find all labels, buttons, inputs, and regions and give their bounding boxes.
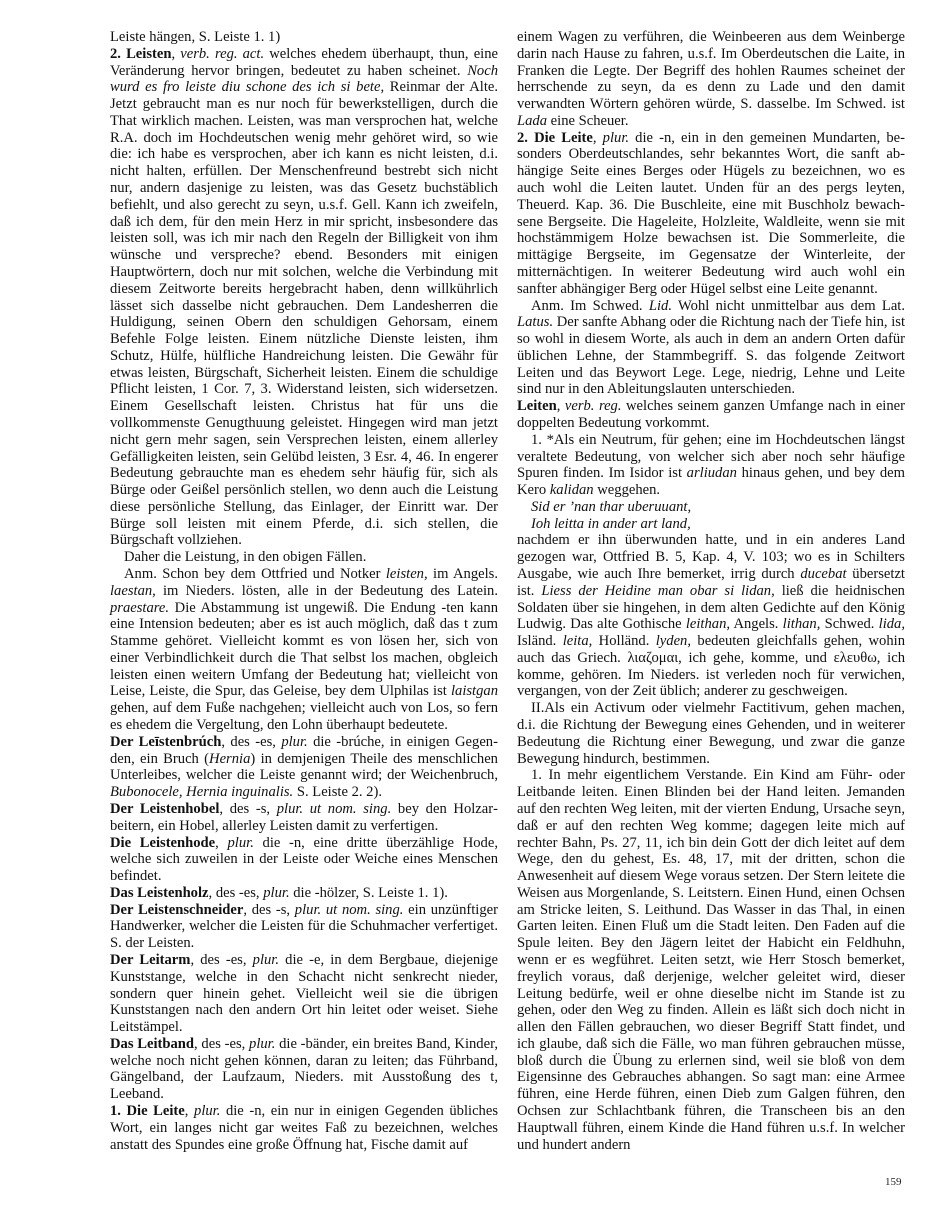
paragraph: einem Wagen zu verführen, die Weinbeeren… <box>517 29 905 130</box>
body-text: , des -es, <box>209 885 264 901</box>
body-text: , <box>185 1103 194 1119</box>
body-text: eine Scheuer. <box>547 113 628 129</box>
entry-headword: 1. Die Leite <box>110 1103 185 1119</box>
italic-text: plur. <box>253 952 279 968</box>
paragraph: Das Leitband, des -es, plur. die -bänder… <box>110 1036 498 1103</box>
paragraph: 1. *Als ein Neutrum, für gehen; eine im … <box>517 432 905 499</box>
italic-text: leita, <box>563 633 593 649</box>
body-text: Schwed. <box>820 616 878 632</box>
page-number: 159 <box>885 1176 902 1188</box>
body-text: , <box>171 46 180 62</box>
body-text: , des -es, <box>194 1036 249 1052</box>
italic-text: Latus. <box>517 314 553 330</box>
entry-headword: Die Leistenhode <box>110 835 215 851</box>
body-text: II.Als ein Activum oder vielmehr Factiti… <box>517 700 905 766</box>
verse-line: Sid er ’nan thar uberuuant, <box>517 499 905 516</box>
dictionary-page: Leiste hängen, S. Leiste 1. 1)2. Leisten… <box>0 0 935 1210</box>
italic-text: leisten, <box>386 566 428 582</box>
body-text: , <box>215 835 227 851</box>
italic-text: Lada <box>517 113 547 129</box>
body-text: , des -s, <box>219 801 276 817</box>
body-text: Anm. Im Schwed. <box>531 298 649 314</box>
entry-headword: 2. Leisten <box>110 46 171 62</box>
right-column: einem Wagen zu verführen, die Weinbeeren… <box>517 29 905 1153</box>
paragraph: Der Leistenschneider, des -s, plur. ut n… <box>110 902 498 952</box>
italic-text: plur. <box>263 885 289 901</box>
italic-text: Liess der Heidine man obar si lidan, <box>541 583 774 599</box>
paragraph: Daher die Leistung, in den obigen Fällen… <box>110 549 498 566</box>
body-text: die -hölzer, S. Leiste 1. 1). <box>290 885 448 901</box>
body-text: weggehen. <box>594 482 660 498</box>
body-text: Der sanfte Abhang oder die Richtung nach… <box>517 314 905 397</box>
italic-text: plur. ut nom. sing. <box>277 801 392 817</box>
italic-text: Hernia <box>209 751 250 767</box>
paragraph: Der Leīstenbrúch, des -es, plur. die -br… <box>110 734 498 801</box>
body-text: Angels. <box>730 616 783 632</box>
body-text: einem Wagen zu verführen, die Weinbeeren… <box>517 29 905 112</box>
body-text: im Nieders. lösten, alle in der Bedeutun… <box>156 583 498 599</box>
italic-text: verb. reg. <box>565 398 622 414</box>
paragraph: 1. Die Leite, plur. die -n, ein nur in e… <box>110 1103 498 1153</box>
paragraph: Leiste hängen, S. Leiste 1. 1) <box>110 29 498 46</box>
left-column: Leiste hängen, S. Leiste 1. 1)2. Leisten… <box>110 29 498 1153</box>
entry-headword: Der Leistenhobel <box>110 801 219 817</box>
italic-text: lithan, <box>783 616 821 632</box>
body-text: Wohl nicht unmittelbar aus dem Lat. <box>672 298 905 314</box>
italic-text: plur. ut nom. sing. <box>295 902 404 918</box>
italic-text: arliudan <box>687 465 737 481</box>
paragraph: Die Leistenhode, plur. die -n, eine drit… <box>110 835 498 885</box>
italic-text: plur. <box>227 835 253 851</box>
paragraph: Der Leitarm, des -es, plur. die -e, in d… <box>110 952 498 1036</box>
italic-text: laestan, <box>110 583 156 599</box>
italic-text: plur. <box>249 1036 275 1052</box>
paragraph: Anm. Im Schwed. Lid. Wohl nicht unmittel… <box>517 298 905 399</box>
entry-headword: Der Leitarm <box>110 952 190 968</box>
body-text: Ioh leitta in ander art land, <box>531 516 691 532</box>
body-text: S. Leiste 2. 2). <box>293 784 382 800</box>
paragraph: 2. Leisten, verb. reg. act. welches ehed… <box>110 46 498 549</box>
entry-headword: Das Leitband <box>110 1036 194 1052</box>
body-text: Reinmar der Alte. Jetzt gebraucht man es… <box>110 79 498 548</box>
entry-headword: Der Leistenschneider <box>110 902 243 918</box>
paragraph: 1. In mehr eigentlichem Verstande. Ein K… <box>517 767 905 1153</box>
italic-text: Bubonocele, Hernia inguinalis. <box>110 784 293 800</box>
body-text: Daher die Leistung, in den obigen Fällen… <box>124 549 366 565</box>
paragraph: Anm. Schon bey dem Ottfried und Notker l… <box>110 566 498 734</box>
italic-text: plur. <box>281 734 307 750</box>
body-text: , <box>593 130 603 146</box>
italic-text: leithan, <box>686 616 730 632</box>
italic-text: ducebat <box>800 566 846 582</box>
paragraph: 2. Die Leite, plur. die -n, ein in den g… <box>517 130 905 298</box>
verse-line: Ioh leitta in ander art land, <box>517 516 905 533</box>
italic-text: praestare. <box>110 600 169 616</box>
body-text: die -n, ein in den gemeinen Mundarten, b… <box>517 130 905 297</box>
paragraph: Das Leistenholz, des -es, plur. die -höl… <box>110 885 498 902</box>
italic-text: laistgan <box>451 683 498 699</box>
body-text: Die Abstammung ist ungewiß. Die Endung -… <box>110 600 498 700</box>
italic-text: lyden, <box>656 633 691 649</box>
body-text: , des -s, <box>243 902 294 918</box>
italic-text: Lid. <box>649 298 672 314</box>
body-text: im Angels. <box>428 566 498 582</box>
body-text: Holländ. <box>592 633 655 649</box>
body-text: Isländ. <box>517 633 563 649</box>
paragraph: II.Als ein Activum oder vielmehr Factiti… <box>517 700 905 767</box>
body-text: Leiste hängen, S. Leiste 1. 1) <box>110 29 280 45</box>
italic-text: plur. <box>194 1103 220 1119</box>
entry-headword: 2. Die Leite <box>517 130 593 146</box>
body-text: , des -es, <box>190 952 252 968</box>
italic-text: plur. <box>603 130 629 146</box>
paragraph: nachdem er ihn überwunden hatte, und in … <box>517 532 905 700</box>
body-text: , <box>557 398 565 414</box>
body-text: Anm. Schon bey dem Ottfried und Notker <box>124 566 386 582</box>
entry-headword: Das Leistenholz <box>110 885 209 901</box>
italic-text: lida, <box>879 616 905 632</box>
body-text: gehen, auf dem Fuße nachgehen; vielleich… <box>110 700 498 733</box>
entry-headword: Leiten <box>517 398 557 414</box>
body-text: Sid er ’nan thar uberuuant, <box>531 499 691 515</box>
paragraph: Der Leistenhobel, des -s, plur. ut nom. … <box>110 801 498 835</box>
paragraph: Leiten, verb. reg. welches seinem ganzen… <box>517 398 905 432</box>
body-text: , des -es, <box>221 734 281 750</box>
italic-text: kalidan <box>550 482 594 498</box>
entry-headword: Der Leīstenbrúch <box>110 734 221 750</box>
italic-text: verb. reg. act. <box>180 46 264 62</box>
body-text: 1. In mehr eigentlichem Verstande. Ein K… <box>517 767 905 1152</box>
